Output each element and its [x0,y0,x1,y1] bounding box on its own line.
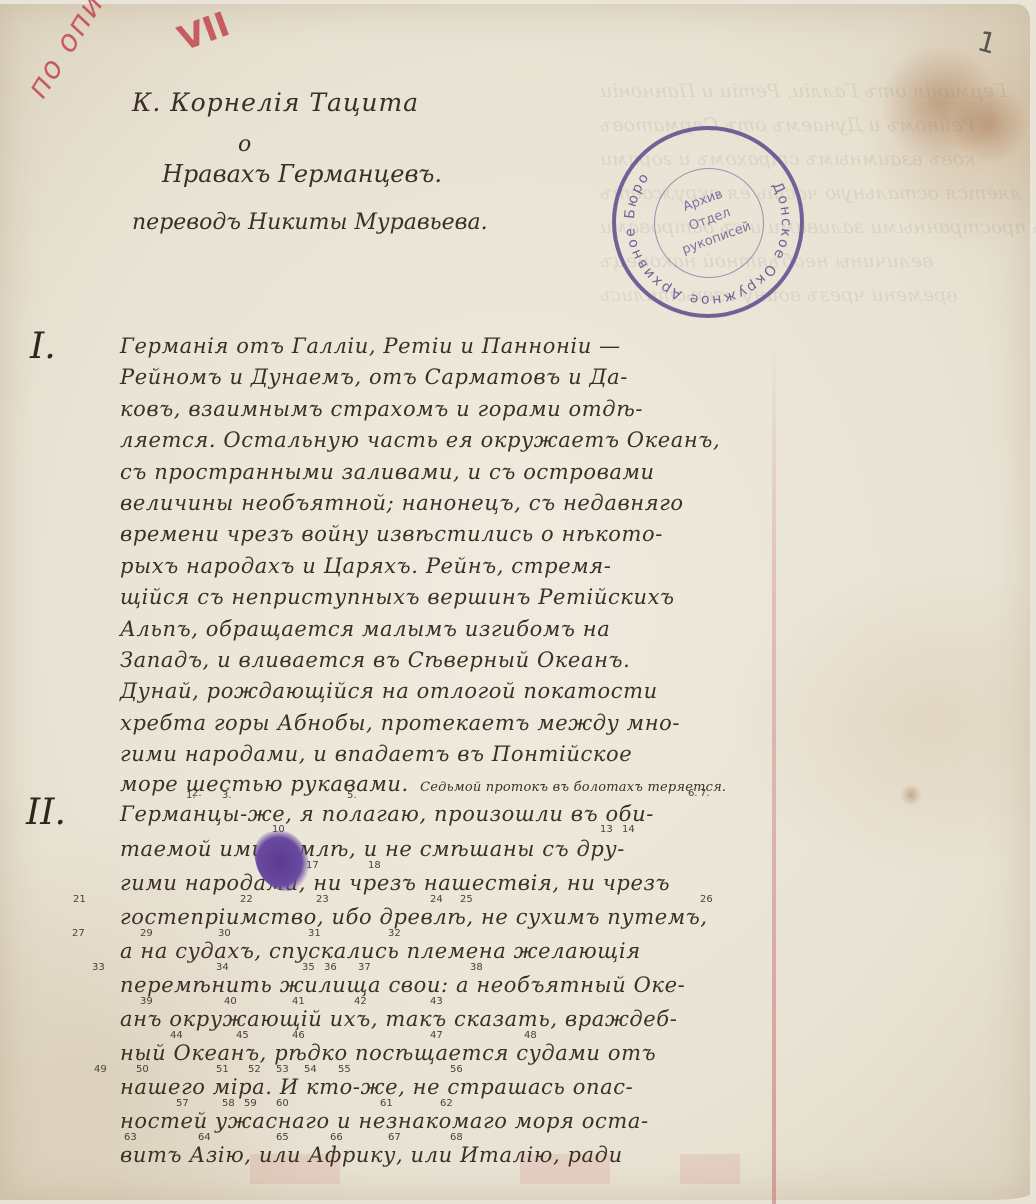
word-number: 61 [380,1098,393,1109]
word-number: 7. [700,788,710,799]
word-number: 44 [170,1030,183,1041]
word-number: 13 [600,824,613,835]
word-number: 60 [276,1098,289,1109]
word-number: 18 [368,860,381,871]
red-pencil-number: VII [173,4,235,59]
word-number: 68 [450,1132,463,1143]
folio-number: 1 [974,24,1000,60]
text-line: величины необъятной; нанонецъ, съ недавн… [120,491,684,515]
word-number: 56 [450,1064,463,1075]
word-number: 6. [688,788,698,799]
word-number: 52 [248,1064,261,1075]
red-pencil-annotation: по описи [20,0,133,105]
word-number: 38 [470,962,483,973]
word-number: 43 [430,996,443,1007]
word-number: 41 [292,996,305,1007]
word-number: 35 [302,962,315,973]
text-line: Альпъ, обращается малымъ изгибомъ на [120,617,610,641]
word-number: 64 [198,1132,211,1143]
text-line: нашего міра. И кто-же, не страшась опас- [120,1075,633,1099]
text-line: Западъ, и вливается въ Сѣверный Океанъ. [120,648,630,672]
text-line: а на судахъ, спускались племена желающія [120,939,641,963]
text-line: ный Океанъ, рѣдко посѣщается судами отъ [120,1041,656,1065]
title-work: Нравахъ Германцевъ. [162,160,442,188]
word-number: 25 [460,894,473,905]
text-line: щійся съ неприступныхъ вершинъ Ретійских… [120,585,675,609]
word-number: 55 [338,1064,351,1075]
word-number: 62 [440,1098,453,1109]
word-number: 2. [192,788,202,799]
word-number: 46 [292,1030,305,1041]
text-line: времени чрезъ войну извѣстились о нѣкото… [120,522,663,546]
word-number: 27 [72,928,85,939]
text-line: Рейномъ и Дунаемъ, отъ Сарматовъ и Да- [120,365,628,389]
red-margin-rule [772,334,776,1200]
word-number: 29 [140,928,153,939]
word-number: 22 [240,894,253,905]
text-line: ностей ужаснаго и незнакомаго моря оста- [120,1109,649,1133]
word-number: 42 [354,996,367,1007]
word-number: 34 [216,962,229,973]
word-number: 57 [176,1098,189,1109]
title-author: К. Корнелія Тацита [132,88,419,117]
word-number: 30 [218,928,231,939]
word-number: 47 [430,1030,443,1041]
word-number: 26 [700,894,713,905]
word-number: 31 [308,928,321,939]
text-line: таемой ими землѣ, и не смѣшаны съ дру- [120,837,625,861]
text-line: гостепріимство, ибо древлѣ, не сухимъ пу… [120,905,708,929]
section-numeral: II. [26,792,66,833]
red-edge-marks [680,1154,740,1184]
word-number: 32 [388,928,401,939]
word-number: 63 [124,1132,137,1143]
word-number: 66 [330,1132,343,1143]
foxing-stain [900,784,922,806]
title-translator: переводъ Никиты Муравьева. [132,210,488,235]
word-number: 65 [276,1132,289,1143]
word-number: 58 [222,1098,235,1109]
word-number: 23 [316,894,329,905]
text-line: съ пространными заливами, и съ островами [120,460,655,484]
text-line: Германцы-же, я полагаю, произошли въ оби… [120,802,654,826]
word-number: 40 [224,996,237,1007]
word-number: 14 [622,824,635,835]
foxing-stain [950,84,1030,164]
word-number: 67 [388,1132,401,1143]
word-number: 53 [276,1064,289,1075]
word-number: 24 [430,894,443,905]
word-number: 48 [524,1030,537,1041]
section-numeral: I. [30,326,56,367]
word-number: 49 [94,1064,107,1075]
word-number: 59 [244,1098,257,1109]
word-number: 45 [236,1030,249,1041]
text-line: анъ окружающій ихъ, такъ сказать, вражде… [120,1007,677,1031]
text-line: витъ Азію, или Африку, или Италію, ради [120,1143,623,1167]
word-number: 50 [136,1064,149,1075]
word-number: 21 [73,894,86,905]
text-line: хребта горы Абнобы, протекаетъ между мно… [120,711,680,735]
word-number: 39 [140,996,153,1007]
archive-stamp: Донское Окружное Архивное Бюро Архив Отд… [612,126,804,318]
manuscript-page: Германія отъ Галліи, Ретіи и Панноніи Ре… [0,4,1030,1200]
text-line: Германія отъ Галліи, Ретіи и Панноніи — [120,334,621,358]
text-line: гими народами, и впадаетъ въ Понтійское [120,742,632,766]
word-number: 33 [92,962,105,973]
word-number: 54 [304,1064,317,1075]
word-number: 36 [324,962,337,973]
word-number: 37 [358,962,371,973]
text-line: гими народами, ни чрезъ нашествія, ни чр… [120,871,670,895]
text-line: рыхъ народахъ и Царяхъ. Рейнъ, стремя- [120,554,611,578]
word-number: 3. [222,790,232,801]
text-line: перемѣнить жилища свои: а необъятный Оке… [120,973,685,997]
word-number: 51 [216,1064,229,1075]
text-line: ковъ, взаимнымъ страхомъ и горами отдѣ- [120,397,643,421]
word-number: 5. [347,790,357,801]
text-line: ляется. Остальную часть ея окружаетъ Оке… [120,428,720,452]
text-line: Дунай, рождающійся на отлогой покатости [120,679,658,703]
title-preposition: о [238,132,251,157]
